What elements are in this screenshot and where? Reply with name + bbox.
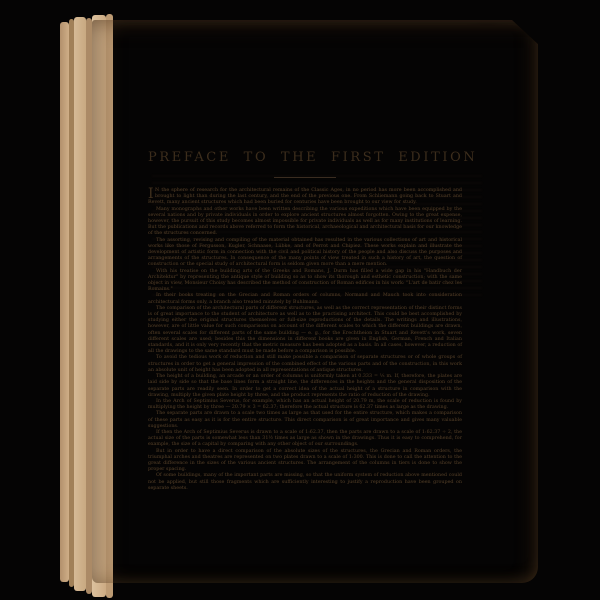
preface-content: PREFACE TO THE FIRST EDITION IN the sphe… <box>148 150 462 492</box>
paragraph: In their books treating on the Grecian a… <box>148 293 462 305</box>
title-rule <box>274 177 336 178</box>
paragraph: The comparison of the architectural part… <box>148 306 462 356</box>
top-edge-smudge <box>464 22 510 28</box>
paragraph: Of some buildings, many of the important… <box>148 473 462 492</box>
page-title: PREFACE TO THE FIRST EDITION <box>148 150 462 165</box>
paragraph: The assorting, revising and compiling of… <box>148 238 462 269</box>
paragraph: In the Arch of Septimius Severus, for ex… <box>148 399 462 411</box>
paragraph: The height of a building, an arcade or a… <box>148 374 462 399</box>
paragraph: If then the Arch of Septimius Severus is… <box>148 430 462 449</box>
paragraph: With his treatise on the building arts o… <box>148 269 462 294</box>
page-edge-strip <box>60 22 69 582</box>
paragraph: IN the sphere of research for the archit… <box>148 188 462 207</box>
paragraph: The separate parts are drawn to a scale … <box>148 411 462 430</box>
paragraph: To avoid the tedious work of reduction a… <box>148 355 462 374</box>
page-edge-strip <box>74 17 86 591</box>
paragraph: But in order to have a direct comparison… <box>148 449 462 474</box>
photographed-book-scene: PREFACE TO THE FIRST EDITION IN the sphe… <box>0 0 600 600</box>
preface-body: IN the sphere of research for the archit… <box>148 188 462 492</box>
paragraph: Many monographs and other works have bee… <box>148 207 462 238</box>
drop-cap: I <box>148 188 154 200</box>
clipped-corner <box>511 19 539 45</box>
book-page: PREFACE TO THE FIRST EDITION IN the sphe… <box>92 20 538 583</box>
